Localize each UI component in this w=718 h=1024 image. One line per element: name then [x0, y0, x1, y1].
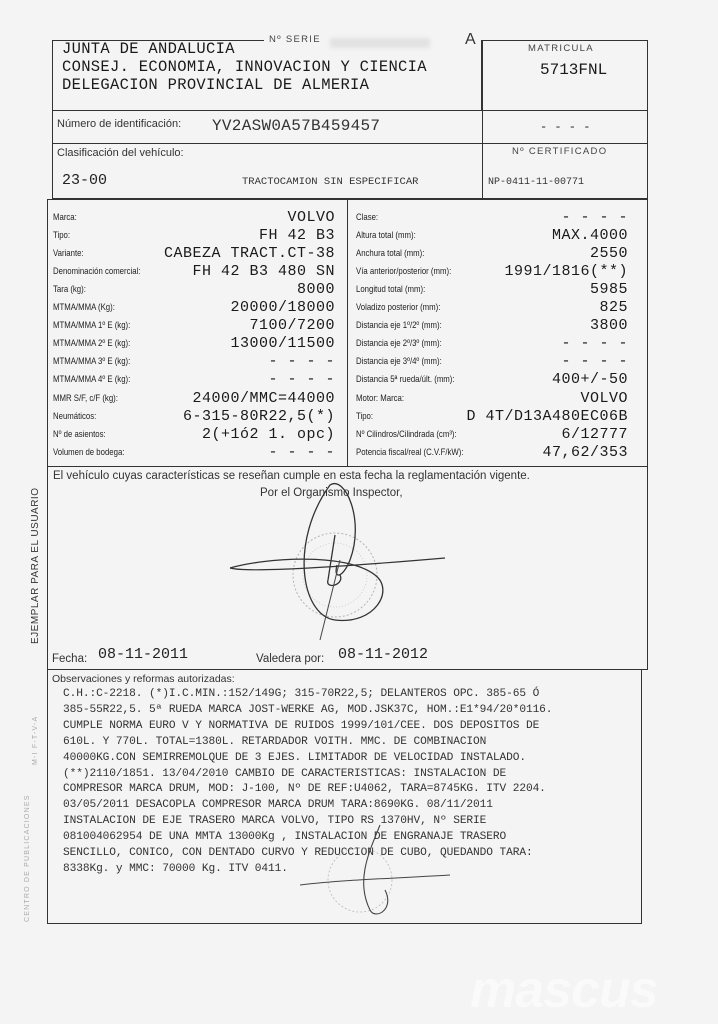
identificacion-label: Número de identificación:	[57, 118, 181, 130]
spec-value: 24000/MMC=44000	[192, 390, 335, 407]
serie-letter: A	[463, 31, 478, 49]
fecha-label: Fecha:	[52, 653, 87, 665]
spec-row: Anchura total (mm):2550	[356, 244, 628, 262]
spec-value: 400+/-50	[552, 371, 628, 388]
spec-value: 13000/11500	[230, 335, 335, 352]
observaciones-line: 40000KG.CON SEMIRREMOLQUE DE 3 EJES. LIM…	[63, 751, 653, 767]
spec-value: 2(+1ó2 1. opc)	[202, 426, 335, 443]
side-faint-label-2: CENTRO DE PUBLICACIONES	[24, 794, 31, 922]
spec-label: MTMA/MMA 2º E (kg):	[53, 338, 130, 349]
fecha-value: 08-11-2011	[98, 646, 188, 663]
official-stamp-and-signature	[225, 480, 475, 650]
spec-row: Tipo:FH 42 B3	[53, 226, 335, 244]
authority-line-1: JUNTA DE ANDALUCIA	[62, 40, 427, 58]
spec-label: MTMA/MMA 4º E (kg):	[53, 374, 130, 385]
observaciones-label: Observaciones y reformas autorizadas:	[52, 673, 235, 685]
spec-label: Potencia fiscal/real (C.V.F/kW):	[356, 447, 464, 458]
spec-row: Distancia eje 3º/4º (mm):- - - -	[356, 353, 628, 371]
spec-value: 7100/7200	[249, 317, 335, 334]
clasificacion-description: TRACTOCAMION SIN ESPECIFICAR	[242, 176, 418, 188]
spec-row: Voladizo posterior (mm):825	[356, 299, 628, 317]
identificacion-value: YV2ASW0A57B459457	[212, 117, 380, 135]
observaciones-line: COMPRESOR MARCA DRUM, MOD: J-100, Nº DE …	[63, 782, 653, 798]
spec-label: Distancia eje 2º/3º (mm):	[356, 338, 442, 349]
spec-label: Longitud total (mm):	[356, 284, 425, 295]
spec-label: Nº Cilindros/Cilindrada (cm³):	[356, 429, 457, 440]
spec-row: Nº Cilindros/Cilindrada (cm³):6/12777	[356, 425, 628, 443]
spec-value: 6-315-80R22,5(*)	[183, 408, 335, 425]
spec-label: Denominación comercial:	[53, 266, 140, 277]
certificado-value: NP-0411-11-00771	[488, 177, 584, 188]
spec-row: Volumen de bodega:- - - -	[53, 443, 335, 461]
spec-row: Clase:- - - -	[356, 208, 628, 226]
spec-label: Neumáticos:	[53, 411, 96, 422]
spec-label: Vía anterior/posterior (mm):	[356, 266, 451, 277]
copy-label: EJEMPLAR PARA EL USUARIO	[30, 488, 41, 645]
spec-value: 20000/18000	[230, 299, 335, 316]
spec-value: - - - -	[561, 209, 628, 226]
spec-value: - - - -	[561, 353, 628, 370]
spec-row: MTMA/MMA 2º E (kg):13000/11500	[53, 335, 335, 353]
spec-label: Altura total (mm):	[356, 230, 416, 241]
spec-label: Anchura total (mm):	[356, 248, 424, 259]
spec-row: Nº de asientos:2(+1ó2 1. opc)	[53, 425, 335, 443]
spec-row: Potencia fiscal/real (C.V.F/kW):47,62/35…	[356, 443, 628, 461]
spec-label: Variante:	[53, 248, 84, 259]
spec-row: Distancia 5ª rueda/últ. (mm):400+/-50	[356, 371, 628, 389]
observaciones-line: 03/05/2011 DESACOPLA COMPRESOR MARCA DRU…	[63, 798, 653, 814]
spec-row: MTMA/MMA 3º E (kg):- - - -	[53, 353, 335, 371]
matricula-value: 5713FNL	[540, 61, 607, 79]
spec-row: Motor: Marca:VOLVO	[356, 389, 628, 407]
authority-line-3: DELEGACION PROVINCIAL DE ALMERIA	[62, 76, 427, 94]
observaciones-line: (**)2110/1851. 13/04/2010 CAMBIO DE CARA…	[63, 767, 653, 783]
observaciones-line: 385-55R22,5. 5ª RUEDA MARCA JOST-WERKE A…	[63, 703, 653, 719]
spec-label: Distancia eje 3º/4º (mm):	[356, 356, 442, 367]
spec-row: MTMA/MMA 4º E (kg):- - - -	[53, 371, 335, 389]
spec-value: D 4T/D13A480EC06B	[466, 408, 628, 425]
spec-row: Vía anterior/posterior (mm):1991/1816(**…	[356, 262, 628, 280]
spec-row: Distancia eje 1º/2º (mm):3800	[356, 317, 628, 335]
matricula-label: MATRICULA	[528, 43, 594, 54]
spec-label: Clase:	[356, 212, 378, 223]
spec-row: Neumáticos:6-315-80R22,5(*)	[53, 407, 335, 425]
spec-value: VOLVO	[287, 209, 335, 226]
spec-value: - - - -	[268, 371, 335, 388]
spec-row: Distancia eje 2º/3º (mm):- - - -	[356, 335, 628, 353]
spec-row: Variante:CABEZA TRACT.CT-38	[53, 244, 335, 262]
spec-value: FH 42 B3 480 SN	[192, 263, 335, 280]
spec-value: 6/12777	[561, 426, 628, 443]
spec-value: 5985	[590, 281, 628, 298]
spec-label: Motor: Marca:	[356, 393, 404, 404]
spec-value: 8000	[297, 281, 335, 298]
observaciones-line: 610L. Y 770L. TOTAL=1380L. RETARDADOR VO…	[63, 735, 653, 751]
spec-row: MTMA/MMA 1º E (kg):7100/7200	[53, 317, 335, 335]
spec-value: FH 42 B3	[259, 227, 335, 244]
spec-value: VOLVO	[580, 390, 628, 407]
observaciones-line: C.H.:C-2218. (*)I.C.MIN.:152/149G; 315-7…	[63, 687, 653, 703]
valedera-label: Valedera por:	[256, 653, 324, 665]
side-faint-label-1: M-I F-T-V-A	[32, 716, 39, 765]
clasificacion-code: 23-00	[62, 172, 107, 189]
spec-row: Marca:VOLVO	[53, 208, 335, 226]
spec-value: - - - -	[268, 353, 335, 370]
spec-value: 47,62/353	[542, 444, 628, 461]
spec-row: Tipo:D 4T/D13A480EC06B	[356, 407, 628, 425]
spec-label: Marca:	[53, 212, 77, 223]
spec-value: CABEZA TRACT.CT-38	[164, 245, 335, 262]
spec-value: MAX.4000	[552, 227, 628, 244]
spec-label: Distancia eje 1º/2º (mm):	[356, 320, 442, 331]
spec-label: Tipo:	[53, 230, 70, 241]
identificacion-side-value: - - - -	[540, 120, 590, 134]
spec-row: Altura total (mm):MAX.4000	[356, 226, 628, 244]
valedera-value: 08-11-2012	[338, 646, 428, 663]
spec-value: - - - -	[268, 444, 335, 461]
watermark-logo: mascus	[470, 960, 658, 1020]
spec-label: Tara (kg):	[53, 284, 86, 295]
spec-value: - - - -	[561, 335, 628, 352]
spec-row: Denominación comercial:FH 42 B3 480 SN	[53, 262, 335, 280]
spec-label: Voladizo posterior (mm):	[356, 302, 440, 313]
clasificacion-label: Clasificación del vehículo:	[57, 147, 184, 159]
spec-row: Longitud total (mm):5985	[356, 280, 628, 298]
spec-value: 2550	[590, 245, 628, 262]
second-stamp-and-signature	[300, 820, 460, 920]
spec-label: Nº de asientos:	[53, 429, 106, 440]
spec-value: 1991/1816(**)	[504, 263, 628, 280]
spec-row: Tara (kg):8000	[53, 280, 335, 298]
spec-label: MTMA/MMA 1º E (kg):	[53, 320, 130, 331]
spec-label: MTMA/MMA (Kg):	[53, 302, 115, 313]
spec-row: MMR S/F, c/F (kg):24000/MMC=44000	[53, 389, 335, 407]
spec-row: MTMA/MMA (Kg):20000/18000	[53, 299, 335, 317]
issuing-authority: JUNTA DE ANDALUCIA CONSEJ. ECONOMIA, INN…	[62, 40, 427, 94]
spec-label: Volumen de bodega:	[53, 447, 124, 458]
certificado-label: Nº CERTIFICADO	[512, 146, 607, 157]
spec-value: 3800	[590, 317, 628, 334]
spec-value: 825	[599, 299, 628, 316]
spec-label: MTMA/MMA 3º E (kg):	[53, 356, 130, 367]
authority-line-2: CONSEJ. ECONOMIA, INNOVACION Y CIENCIA	[62, 58, 427, 76]
spec-label: Distancia 5ª rueda/últ. (mm):	[356, 374, 455, 385]
spec-label: Tipo:	[356, 411, 373, 422]
spec-label: MMR S/F, c/F (kg):	[53, 393, 118, 404]
observaciones-line: CUMPLE NORMA EURO V Y NORMATIVA DE RUIDO…	[63, 719, 653, 735]
